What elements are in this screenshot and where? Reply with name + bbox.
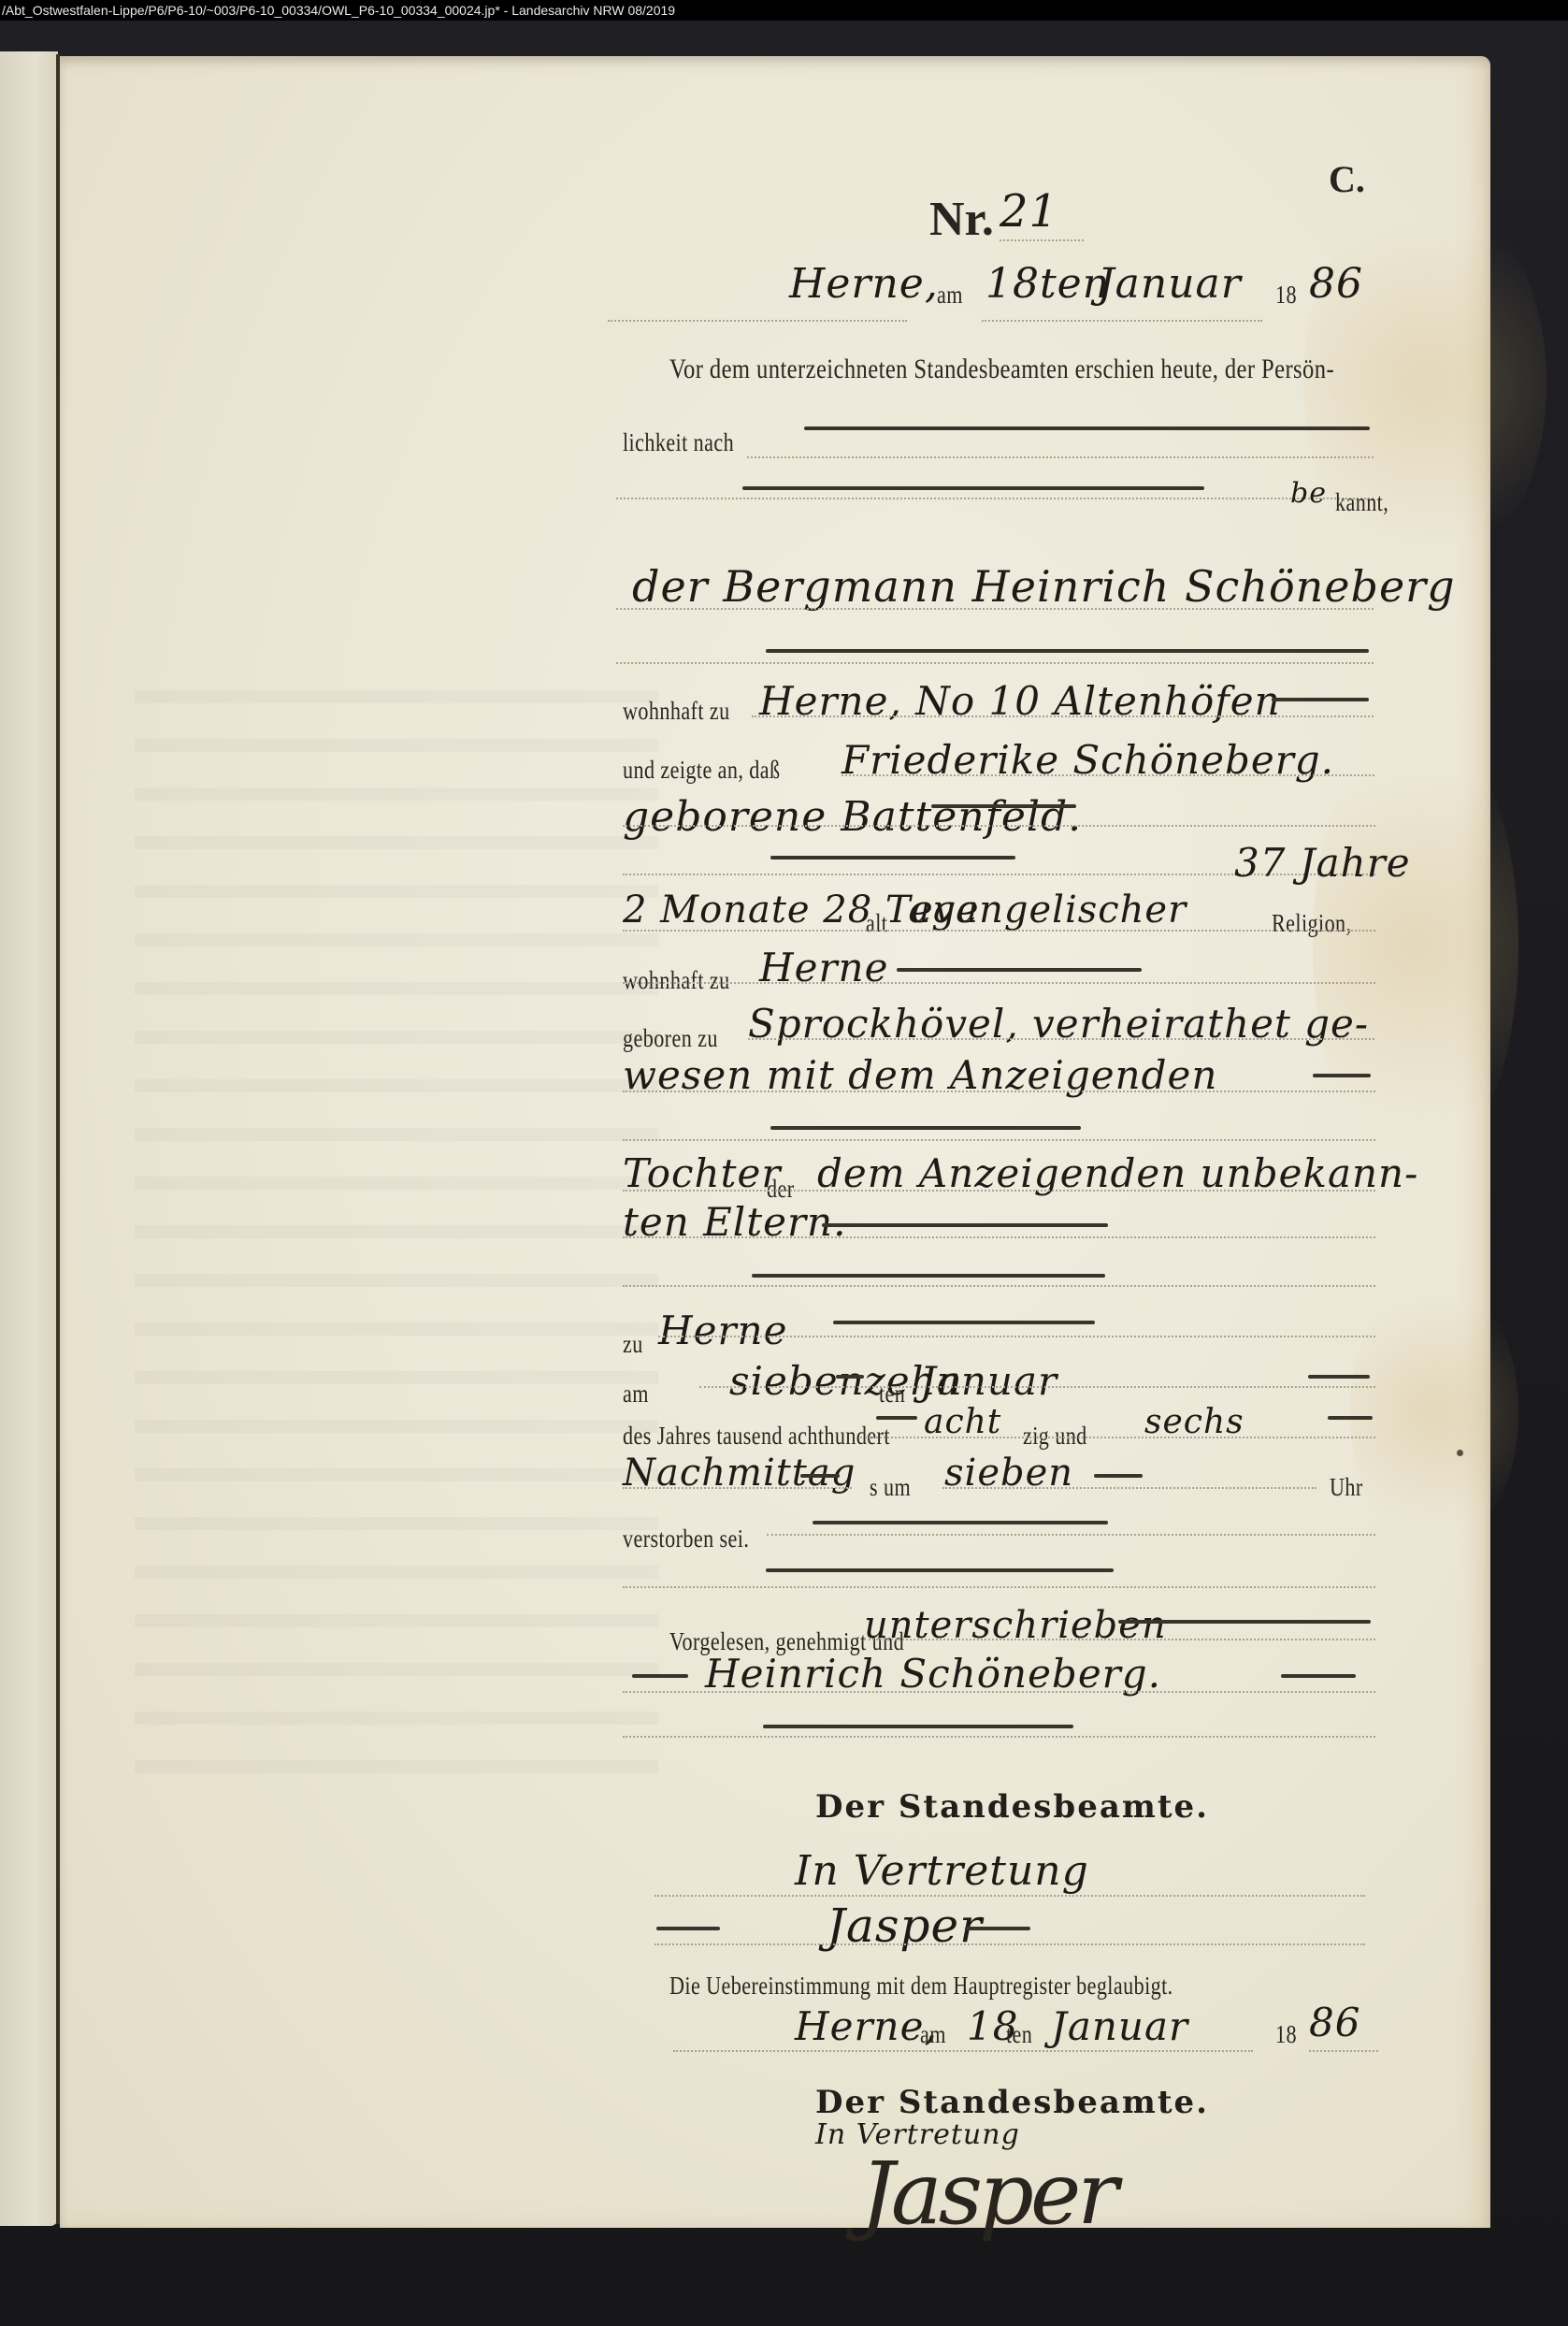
paper-stain	[1350, 1272, 1518, 1553]
year-printed: des Jahres tausend achthundert	[623, 1422, 890, 1451]
cert-month-handwritten: Januar	[1051, 2003, 1188, 2049]
religion-handwritten: evangelischer	[911, 889, 1187, 932]
strike-rule	[931, 804, 1076, 808]
dotted-line	[616, 498, 1374, 499]
register-letter: C.	[1329, 157, 1365, 201]
dotted-line	[767, 1534, 1375, 1536]
registrar-in-vertretung: In Vertretung	[795, 1847, 1089, 1895]
dotted-line	[623, 1586, 1375, 1588]
dotted-line	[1309, 2050, 1378, 2052]
year-units-handwritten: sechs	[1144, 1403, 1244, 1441]
dotted-line	[623, 1285, 1375, 1287]
strike-rule	[766, 1568, 1114, 1572]
strike-rule	[770, 1126, 1081, 1130]
dotted-line	[623, 1091, 1375, 1092]
dotted-line	[942, 1487, 1316, 1489]
death-am-printed: am	[623, 1380, 649, 1409]
dotted-line	[623, 1691, 1375, 1693]
dotted-line	[623, 930, 1375, 932]
strike-rule	[800, 1474, 840, 1478]
cert-year-prefix-printed: 18	[1275, 2020, 1297, 2049]
strike-rule	[897, 968, 1142, 972]
register-page: C. Nr. 21 Herne, am 18ten Januar 18 86 V…	[60, 56, 1490, 2228]
strike-rule	[1328, 1416, 1373, 1420]
dotted-line	[623, 1736, 1375, 1738]
registrar-2-title: Der Standesbeamte.	[815, 2084, 1209, 2121]
paper-stain	[1303, 187, 1546, 580]
residence-2-printed: wohnhaft zu	[623, 966, 730, 995]
dotted-line	[748, 1038, 1374, 1040]
dotted-line	[752, 715, 1374, 717]
window-title-bar: /Abt_Ostwestfalen-Lippe/P6/P6-10/~003/P6…	[0, 0, 1568, 21]
ten-printed: ten	[879, 1380, 905, 1409]
record-number: 21	[1000, 185, 1058, 238]
cert-ten-printed: ten	[1006, 2020, 1032, 2049]
dotted-line	[747, 456, 1374, 458]
cert-year-suffix-handwritten: 86	[1309, 2000, 1360, 2045]
strike-rule	[763, 1725, 1073, 1728]
known-prefix-handwritten: be	[1290, 477, 1327, 510]
birthplace-printed: geboren zu	[623, 1024, 718, 1053]
strike-rule	[752, 1274, 1105, 1278]
year-prefix-printed: 18	[1275, 281, 1297, 310]
month-handwritten: Januar	[1098, 260, 1242, 308]
dotted-line	[623, 982, 1375, 984]
year-tens-handwritten: acht	[924, 1403, 1001, 1441]
strike-rule	[742, 486, 1204, 490]
strike-rule	[965, 1927, 1030, 1930]
dotted-line	[864, 1639, 1375, 1640]
dotted-line	[623, 825, 1375, 827]
announcement-printed: und zeigte an, daß	[623, 756, 780, 785]
dotted-line	[623, 1236, 1375, 1238]
dotted-line	[655, 1943, 1365, 1945]
cert-place-handwritten: Herne,	[795, 2003, 938, 2049]
dotted-line	[860, 1437, 1375, 1438]
strike-rule	[766, 649, 1369, 653]
certification-printed: Die Uebereinstimmung mit dem Hauptregist…	[669, 1972, 1173, 2001]
dotted-line	[842, 774, 1374, 776]
strike-rule	[1118, 1620, 1371, 1624]
show-through-text	[135, 655, 658, 1777]
dotted-line	[982, 320, 1262, 322]
dotted-line	[655, 1895, 1365, 1897]
alt-printed: alt	[866, 909, 887, 938]
dotted-line	[623, 1487, 852, 1489]
dotted-line	[623, 1190, 1375, 1192]
birth-name-handwritten: geborene Battenfeld.	[623, 793, 1082, 841]
strike-rule	[822, 1223, 1108, 1227]
day-handwritten: 18ten	[985, 260, 1110, 308]
dotted-line	[1000, 239, 1084, 241]
ink-speck	[1457, 1450, 1463, 1456]
declarant-handwritten: der Bergmann Heinrich Schöneberg	[632, 561, 1456, 612]
strike-rule	[833, 1321, 1095, 1324]
strike-rule	[770, 856, 1015, 860]
am-printed: am	[937, 281, 963, 310]
year-suffix-handwritten: 86	[1309, 260, 1363, 308]
place-handwritten: Herne,	[789, 260, 939, 308]
strike-rule	[876, 1416, 917, 1420]
s-um-printed: s um	[870, 1473, 911, 1502]
strike-rule	[1313, 1074, 1371, 1077]
strike-rule	[632, 1674, 688, 1678]
record-number-label: Nr.	[929, 192, 994, 247]
dotted-line	[699, 1386, 1375, 1388]
known-suffix-printed: kannt,	[1335, 488, 1388, 517]
residence-printed: wohnhaft zu	[623, 697, 730, 726]
strike-rule	[1272, 698, 1369, 701]
death-place-printed: zu	[623, 1330, 643, 1359]
strike-rule	[813, 1521, 1108, 1524]
dotted-line	[616, 608, 1374, 610]
religion-printed: Religion,	[1272, 909, 1351, 938]
death-place-handwritten: Herne	[658, 1307, 787, 1353]
declarant-signature: Heinrich Schöneberg.	[705, 1651, 1161, 1697]
strike-rule	[1094, 1474, 1143, 1478]
dotted-line	[658, 1336, 1375, 1337]
dotted-line	[623, 1139, 1375, 1141]
dotted-line	[608, 320, 907, 322]
cert-am-printed: am	[920, 2020, 946, 2049]
intro-printed-text: Vor dem unterzeichneten Standesbeamten e…	[669, 354, 1334, 385]
strike-rule	[804, 426, 1370, 430]
window-title: /Abt_Ostwestfalen-Lippe/P6/P6-10/~003/P6…	[2, 3, 675, 18]
registrar-title: Der Standesbeamte.	[815, 1788, 1209, 1826]
strike-rule	[656, 1927, 720, 1930]
death-closing-printed: verstorben sei.	[623, 1524, 749, 1553]
age-years-handwritten: 37 Jahre	[1234, 840, 1411, 886]
uhr-printed: Uhr	[1330, 1473, 1363, 1502]
paper-stain	[1313, 711, 1518, 1178]
strike-rule	[1308, 1375, 1370, 1379]
strike-rule	[836, 1375, 864, 1379]
dotted-line	[616, 662, 1374, 664]
left-page-edge	[0, 51, 58, 2226]
dotted-line	[673, 2050, 1253, 2052]
registrar-2-signature: Jasper	[860, 2144, 1115, 2244]
signed-handwritten: unterschrieben	[864, 1604, 1167, 1647]
identity-printed: lichkeit nach	[623, 428, 734, 457]
strike-rule	[1281, 1674, 1356, 1678]
death-month-handwritten: Januar	[920, 1358, 1057, 1404]
